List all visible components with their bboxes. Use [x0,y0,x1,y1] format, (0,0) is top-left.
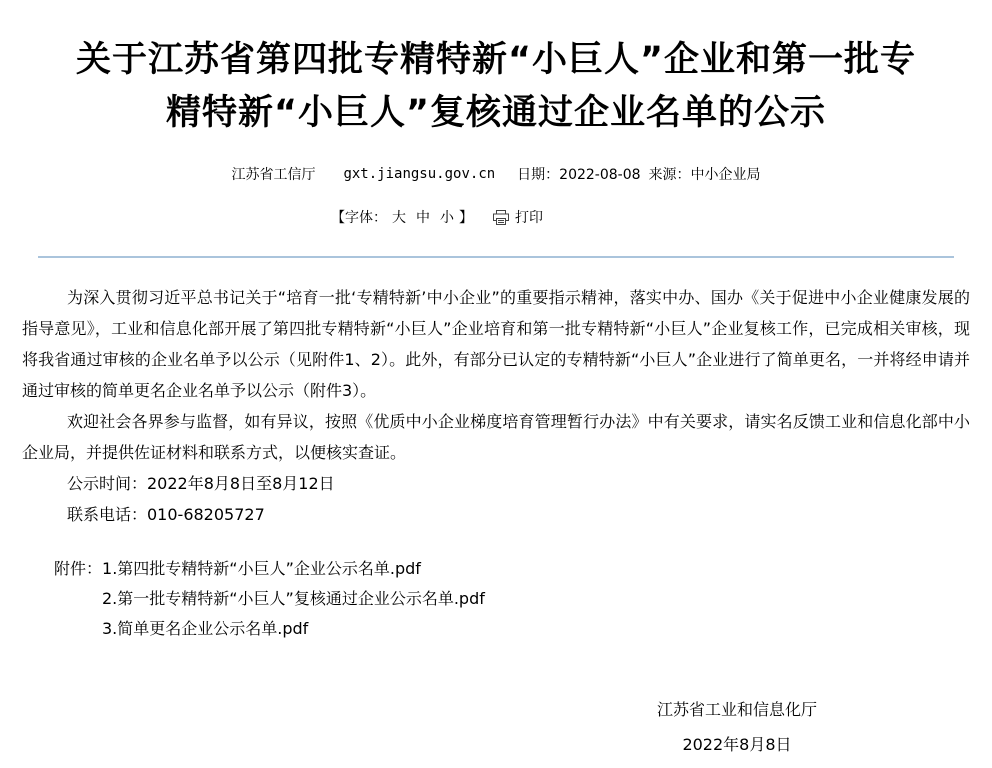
signature-date: 2022年8月8日 [657,727,817,762]
font-size-small-button[interactable]: 小 [440,207,454,227]
attachment-link-1[interactable]: 1.第四批专精特新“小巨人”企业公示名单.pdf [102,554,421,584]
printer-icon [493,210,509,225]
attachments-section: 附件： 1.第四批专精特新“小巨人”企业公示名单.pdf 2.第一批专精特新“小… [22,554,970,644]
font-size-large-button[interactable]: 大 [392,207,406,227]
divider-line [38,256,954,258]
attachments-label: 附件： [54,554,102,584]
attachment-row: 附件： 1.第四批专精特新“小巨人”企业公示名单.pdf [54,554,970,584]
font-size-prefix: 【字体： [331,207,387,227]
print-button[interactable]: 打印 [493,207,543,227]
attachment-link-2[interactable]: 2.第一批专精特新“小巨人”复核通过企业公示名单.pdf [102,584,970,614]
publish-date: 日期：2022-08-08 [517,164,640,184]
toolbar: 【字体： 大 中 小 】 打印 [0,206,992,228]
body-paragraph: 欢迎社会各界参与监督，如有异议，按照《优质中小企业梯度培育管理暂行办法》中有关要… [22,406,970,468]
font-size-control: 【字体： 大 中 小 】 [331,207,473,227]
source-org: 江苏省工信厅 [231,164,315,184]
attachment-link-3[interactable]: 3.简单更名企业公示名单.pdf [102,614,970,644]
announcement-page: 关于江苏省第四批专精特新“小巨人”企业和第一批专 精特新“小巨人”复核通过企业名… [0,0,992,768]
signature-org: 江苏省工业和信息化厅 [657,692,817,727]
signature-block: 江苏省工业和信息化厅 2022年8月8日 [657,692,817,762]
body-paragraph: 为深入贯彻习近平总书记关于“培育一批‘专精特新’中小企业”的重要指示精神，落实中… [22,282,970,406]
notice-period: 公示时间：2022年8月8日至8月12日 [22,468,970,499]
page-title: 关于江苏省第四批专精特新“小巨人”企业和第一批专 精特新“小巨人”复核通过企业名… [0,0,992,140]
contact-phone: 联系电话：010-68205727 [22,499,970,530]
source-department: 来源：中小企业局 [649,164,761,184]
document-body: 为深入贯彻习近平总书记关于“培育一批‘专精特新’中小企业”的重要指示精神，落实中… [22,282,970,644]
meta-row: 江苏省工信厅 gxt.jiangsu.gov.cn 日期：2022-08-08 … [0,164,992,184]
font-size-suffix: 】 [459,207,473,227]
source-url-link[interactable]: gxt.jiangsu.gov.cn [343,166,495,182]
page-title-line1: 关于江苏省第四批专精特新“小巨人”企业和第一批专 [0,34,992,87]
page-title-line2: 精特新“小巨人”复核通过企业名单的公示 [0,87,992,140]
print-label: 打印 [515,207,543,227]
font-size-medium-button[interactable]: 中 [416,207,430,227]
